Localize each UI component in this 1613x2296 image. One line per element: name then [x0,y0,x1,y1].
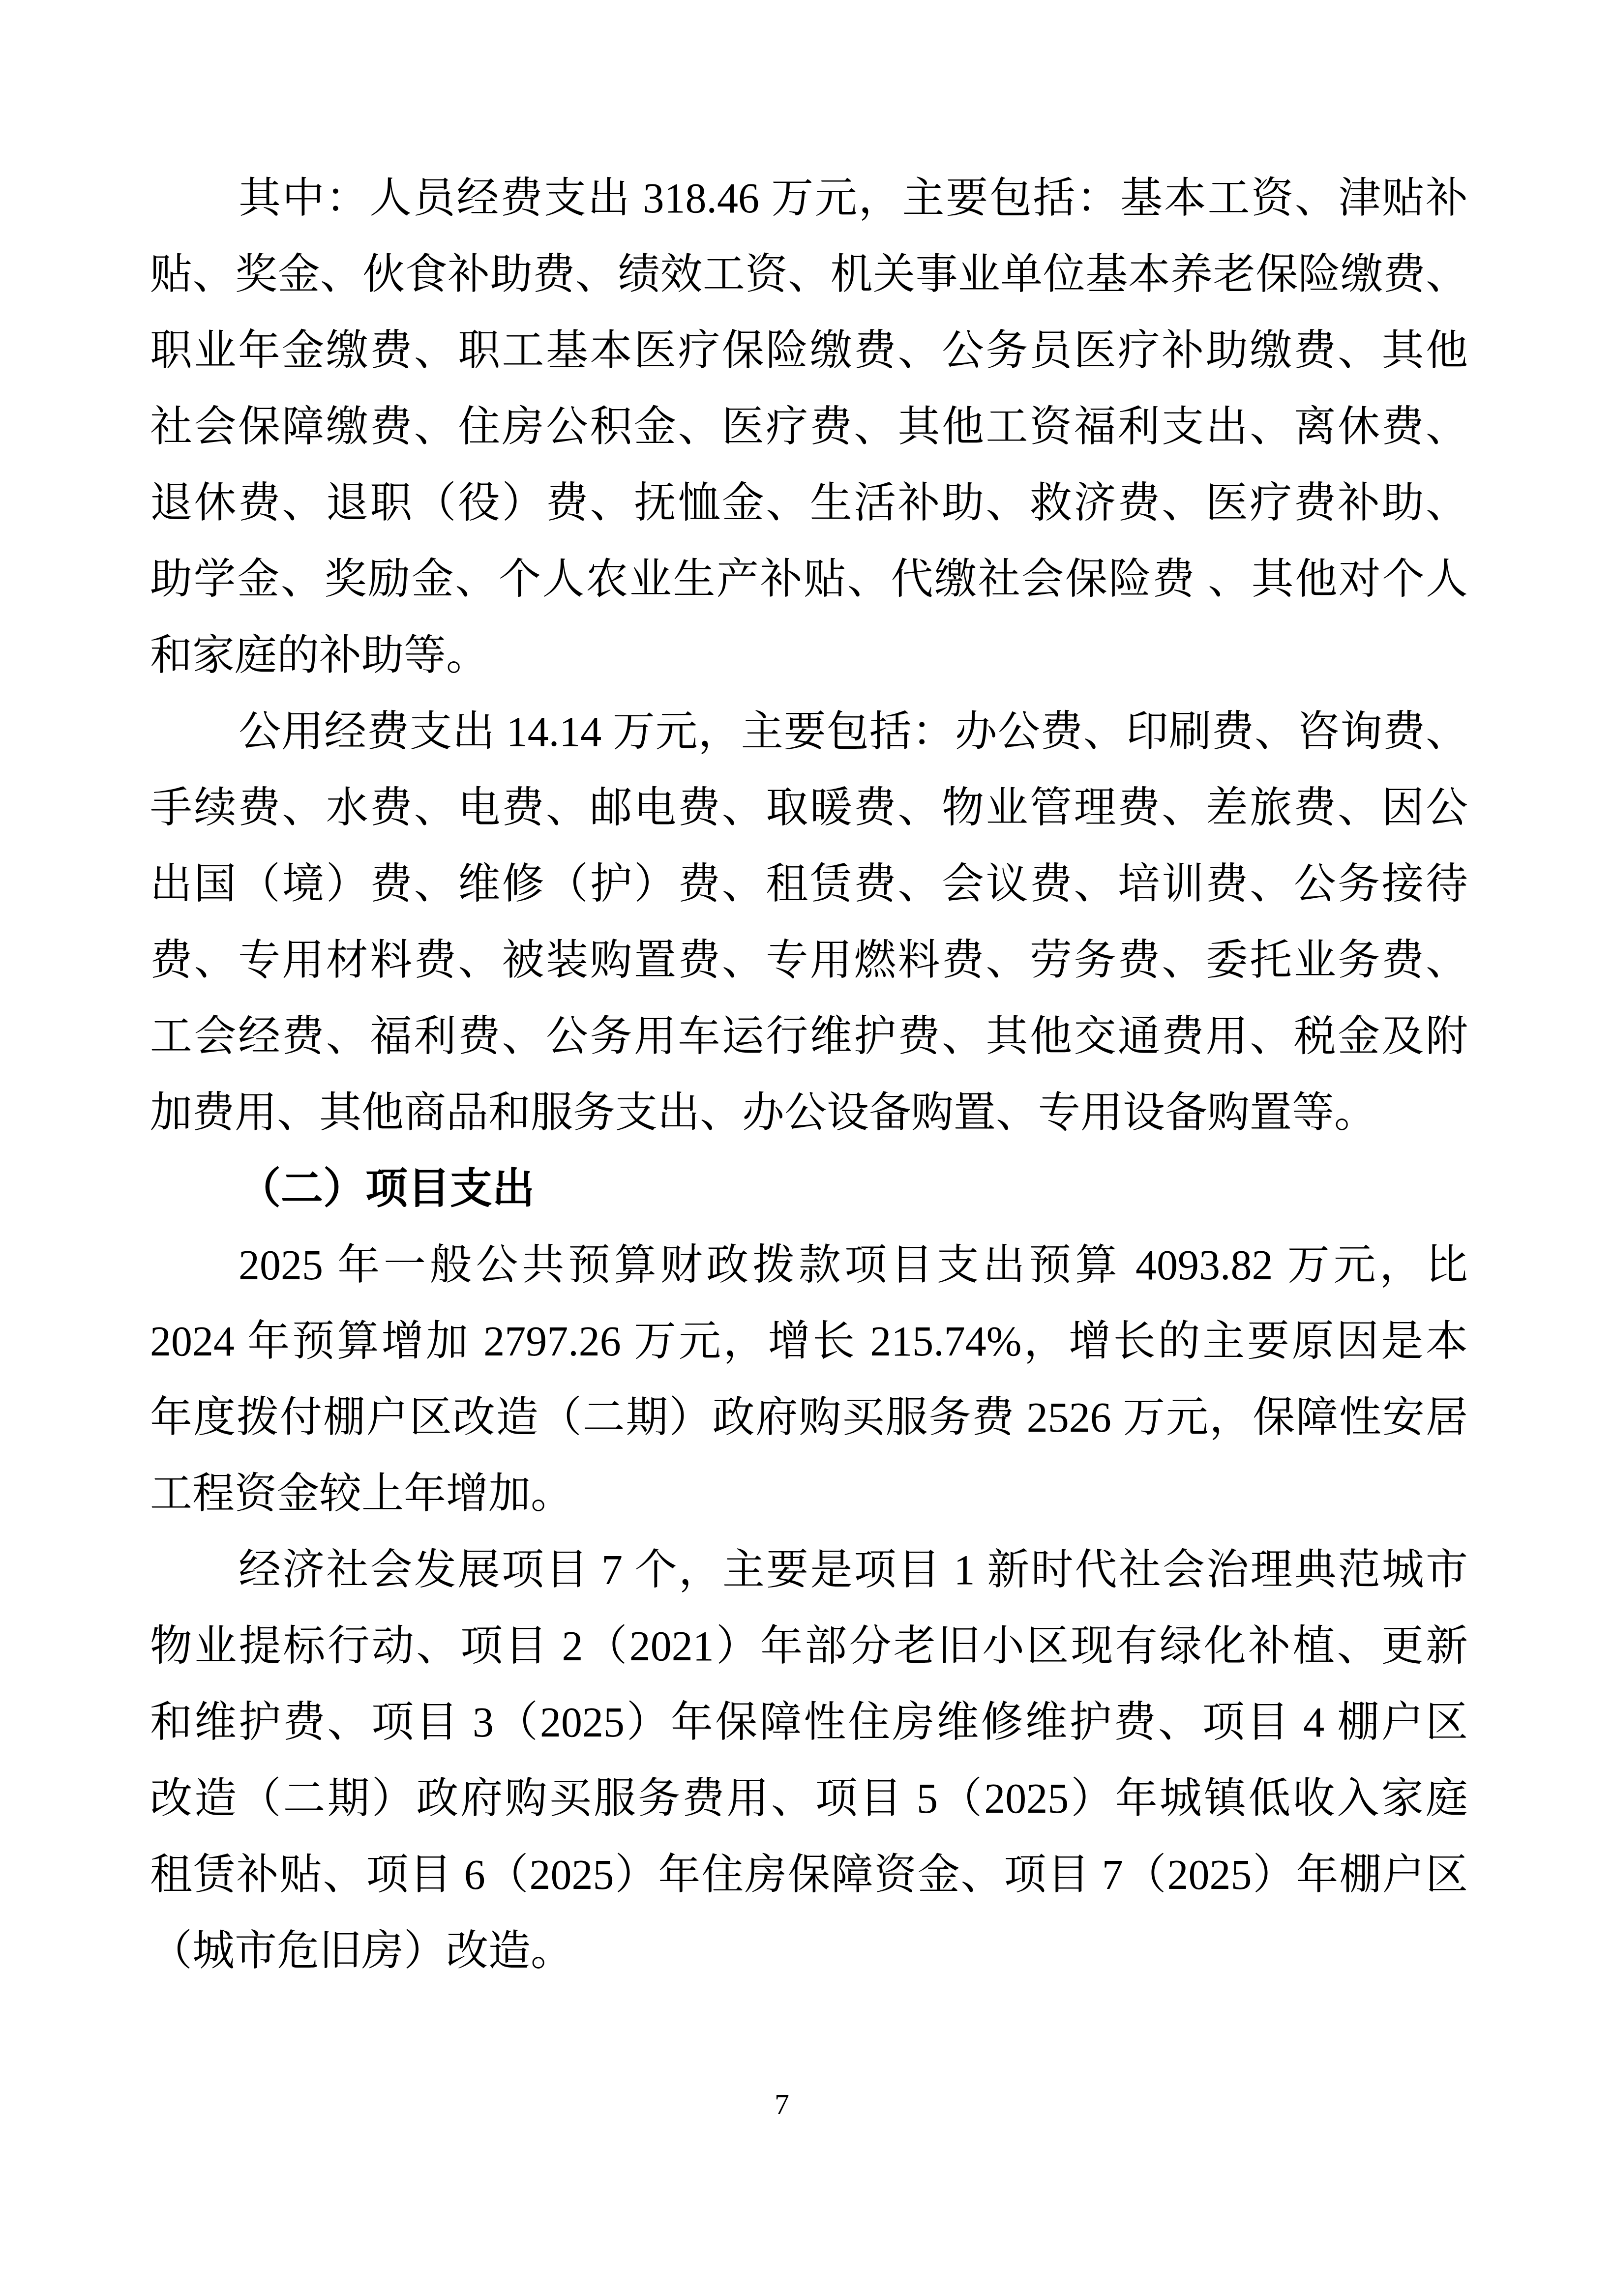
text-line: 贴、奖金、伙食补助费、绩效工资、机关事业单位基本养老保险缴费、 [150,236,1468,313]
project-budget-paragraph: 2025 年一般公共预算财政拨款项目支出预算 4093.82 万元，比2024 … [150,1227,1468,1532]
text-line: 公用经费支出 14.14 万元，主要包括：办公费、印刷费、咨询费、 [150,694,1468,770]
page-footer: 7 [0,2087,1564,2121]
text-line: 经济社会发展项目 7 个，主要是项目 1 新时代社会治理典范城市 [150,1532,1468,1608]
text-line: 工程资金较上年增加。 [150,1456,1468,1532]
text-line: 2024 年预算增加 2797.26 万元，增长 215.74%，增长的主要原因… [150,1303,1468,1380]
text-line: 其中：人员经费支出 318.46 万元，主要包括：基本工资、津贴补 [150,160,1468,236]
document-body: 其中：人员经费支出 318.46 万元，主要包括：基本工资、津贴补贴、奖金、伙食… [150,160,1468,1989]
personnel-expense-paragraph: 其中：人员经费支出 318.46 万元，主要包括：基本工资、津贴补贴、奖金、伙食… [150,160,1468,694]
page-number: 7 [775,2088,789,2120]
project-expense-heading: （二）项目支出 [150,1151,1468,1227]
text-line: 社会保障缴费、住房公积金、医疗费、其他工资福利支出、离休费、 [150,389,1468,465]
text-line: 退休费、退职（役）费、抚恤金、生活补助、救济费、医疗费补助、 [150,465,1468,541]
text-line: 改造（二期）政府购买服务费用、项目 5（2025）年城镇低收入家庭 [150,1761,1468,1837]
document-page: 其中：人员经费支出 318.46 万元，主要包括：基本工资、津贴补贴、奖金、伙食… [0,0,1613,2296]
text-line: （城市危旧房）改造。 [150,1913,1468,1989]
text-line: 助学金、奖励金、个人农业生产补贴、代缴社会保险费 、其他对个人 [150,541,1468,618]
text-line: 和维护费、项目 3（2025）年保障性住房维修维护费、项目 4 棚户区 [150,1684,1468,1761]
text-line: 手续费、水费、电费、邮电费、取暖费、物业管理费、差旅费、因公 [150,770,1468,846]
text-line: 和家庭的补助等。 [150,618,1468,694]
text-line: 年度拨付棚户区改造（二期）政府购买服务费 2526 万元，保障性安居 [150,1380,1468,1456]
text-line: 物业提标行动、项目 2（2021）年部分老旧小区现有绿化补植、更新 [150,1608,1468,1684]
text-line: 出国（境）费、维修（护）费、租赁费、会议费、培训费、公务接待 [150,846,1468,922]
text-line: 费、专用材料费、被装购置费、专用燃料费、劳务费、委托业务费、 [150,922,1468,999]
text-line: 工会经费、福利费、公务用车运行维护费、其他交通费用、税金及附 [150,999,1468,1075]
text-line: 加费用、其他商品和服务支出、办公设备购置、专用设备购置等。 [150,1075,1468,1151]
text-line: 职业年金缴费、职工基本医疗保险缴费、公务员医疗补助缴费、其他 [150,313,1468,389]
public-expense-paragraph: 公用经费支出 14.14 万元，主要包括：办公费、印刷费、咨询费、手续费、水费、… [150,694,1468,1151]
text-line: 租赁补贴、项目 6（2025）年住房保障资金、项目 7（2025）年棚户区 [150,1837,1468,1913]
text-line: 2025 年一般公共预算财政拨款项目支出预算 4093.82 万元，比 [150,1227,1468,1303]
project-list-paragraph: 经济社会发展项目 7 个，主要是项目 1 新时代社会治理典范城市物业提标行动、项… [150,1532,1468,1989]
text-line: （二）项目支出 [150,1151,1468,1227]
